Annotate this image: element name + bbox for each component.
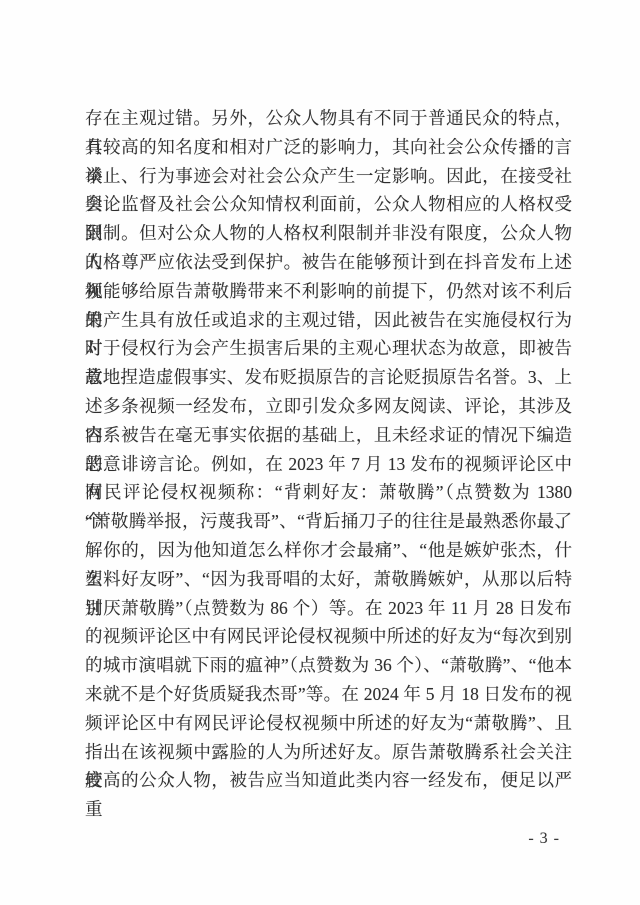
text-line: 解你的，因为他知道怎么样你才会最痛”、“他是嫉妒张杰，什么 xyxy=(85,536,572,565)
text-line: 限制。但对公众人物的人格权利限制并非没有限度，公众人物的 xyxy=(85,219,572,248)
document-page: 存在主观过错。另外，公众人物具有不同于普通民众的特点，具 有较高的知名度和相对广… xyxy=(0,0,640,905)
text-line: 频能够给原告萧敬腾带来不利影响的前提下，仍然对该不利后果 xyxy=(85,277,572,306)
text-line: 人格尊严应依法受到保护。被告在能够预计到在抖音发布上述视 xyxy=(85,248,572,277)
page-number: - 3 - xyxy=(528,830,560,848)
text-line: 有较高的知名度和相对广泛的影响力，其向社会公众传播的言谈 xyxy=(85,133,572,162)
text-line: 网民评论侵权视频称：“背刺好友：萧敬腾”（点赞数为 1380 个）、 xyxy=(85,478,572,507)
text-line: 举止、行为事迹会对社会公众产生一定影响。因此，在接受社会 xyxy=(85,162,572,191)
text-line: 的产生具有放任或追求的主观过错，因此被告在实施侵权行为时 xyxy=(85,306,572,335)
text-line: 容系被告在毫无事实依据的基础上，且未经求证的情况下编造的 xyxy=(85,421,572,450)
text-line: 较高的公众人物，被告应当知道此类内容一经发布，便足以严重 xyxy=(85,766,572,795)
text-line: 存在主观过错。另外，公众人物具有不同于普通民众的特点，具 xyxy=(85,104,572,133)
text-line: 指出在该视频中露脸的人为所述好友。原告萧敬腾系社会关注度 xyxy=(85,738,572,767)
text-line: 意地捏造虚假事实、发布贬损原告的言论贬损原告名誉。3、上 xyxy=(85,363,572,392)
body-text-block: 存在主观过错。另外，公众人物具有不同于普通民众的特点，具 有较高的知名度和相对广… xyxy=(85,104,572,795)
text-line: “萧敬腾举报，污蔑我哥”、“背后捅刀子的往往是最熟悉你最了 xyxy=(85,507,572,536)
text-line: 来就不是个好货质疑我杰哥”等。在 2024 年 5 月 18 日发布的视 xyxy=(85,680,572,709)
text-line: 的城市演唱就下雨的瘟神”（点赞数为 36 个）、“萧敬腾”、“他本 xyxy=(85,651,572,680)
text-line: 述多条视频一经发布，立即引发众多网友阅读、评论，其涉及内 xyxy=(85,392,572,421)
text-line: 频评论区中有网民评论侵权视频中所述的好友为“萧敬腾”、且 xyxy=(85,709,572,738)
text-line: 对于侵权行为会产生损害后果的主观心理状态为故意，即被告故 xyxy=(85,334,572,363)
text-line: 讨厌萧敬腾”（点赞数为 86 个）等。在 2023 年 11 月 28 日发布 xyxy=(85,594,572,623)
text-line: 舆论监督及社会公众知情权利面前，公众人物相应的人格权受到 xyxy=(85,190,572,219)
text-line: 塑料好友呀”、“因为我哥唱的太好，萧敬腾嫉妒，从那以后特别 xyxy=(85,565,572,594)
text-line: 恶意诽谤言论。例如，在 2023 年 7 月 13 发布的视频评论区中有 xyxy=(85,450,572,479)
text-line: 的视频评论区中有网民评论侵权视频中所述的好友为“每次到别 xyxy=(85,622,572,651)
